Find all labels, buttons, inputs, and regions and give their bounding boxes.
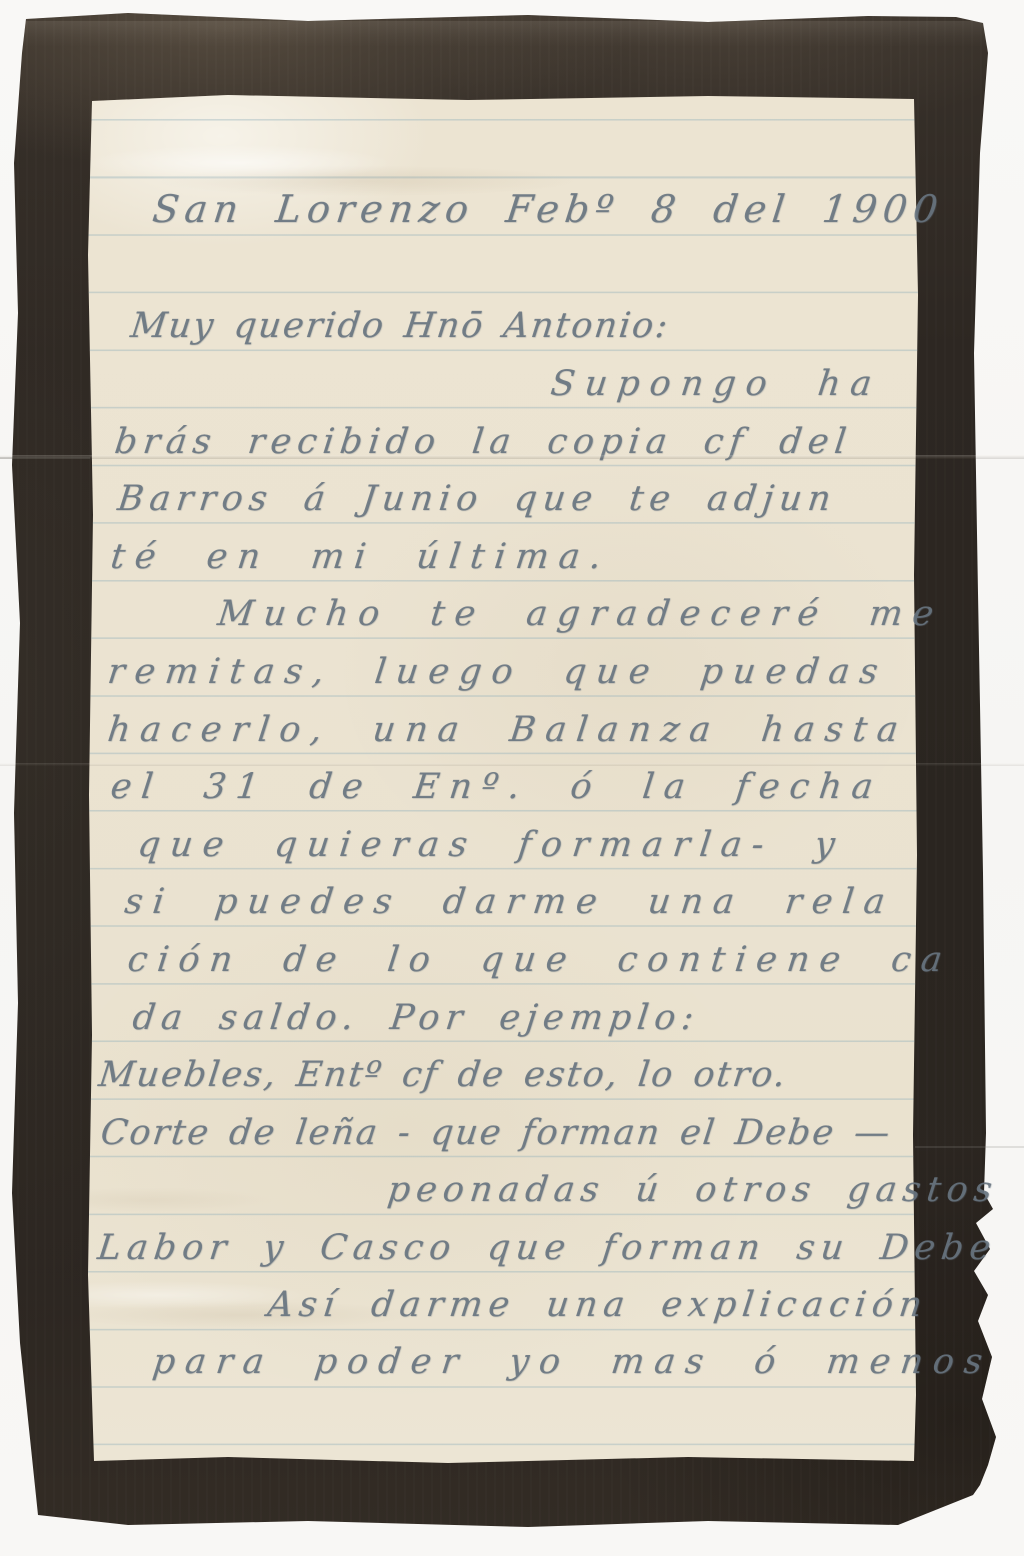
dateline: San Lorenzo Febº 8 del 1900: [150, 186, 946, 232]
letter-line: Así darme una explicación: [265, 1282, 930, 1328]
letter-line: Mucho te agradeceré me: [215, 591, 946, 637]
fold-crease-margin-mark: [0, 457, 90, 459]
letter-line: el 31 de Enº. ó la fecha: [108, 764, 885, 810]
letter-line: da saldo. Por ejemplo:: [130, 995, 702, 1041]
letter-line: Labor y Casco que forman su Debe: [95, 1225, 999, 1271]
letter-line: té en mi última.: [108, 534, 614, 580]
letter-line: Barros á Junio que te adjun: [115, 476, 839, 522]
letter-line: peonadas ú otros gastos: [385, 1167, 1001, 1213]
letter-line: para poder yo mas ó menos: [150, 1339, 995, 1385]
letter-line: si puedes darme una rela: [122, 879, 897, 925]
salutation-line: Muy querido Hnō Antonio:: [128, 303, 672, 349]
letter-line: brás recibido la copia cf del: [112, 419, 855, 465]
letter-line: Corte de leña - que forman el Debe —: [98, 1110, 894, 1156]
letter-line: remitas, luego que puedas: [105, 649, 890, 695]
letter-line: hacerlo, una Balanza hasta: [105, 707, 911, 753]
letter-line: ción de lo que contiene ca: [125, 937, 955, 983]
scanned-letter-document: San Lorenzo Febº 8 del 1900 Muy querido …: [0, 0, 1024, 1556]
letter-line: Muebles, Entº cf de esto, lo otro.: [96, 1052, 790, 1098]
fold-crease-margin-mark: [915, 1146, 1024, 1148]
letter-line: Supongo ha: [548, 361, 884, 407]
letter-line: que quieras formarla- y: [135, 822, 847, 868]
